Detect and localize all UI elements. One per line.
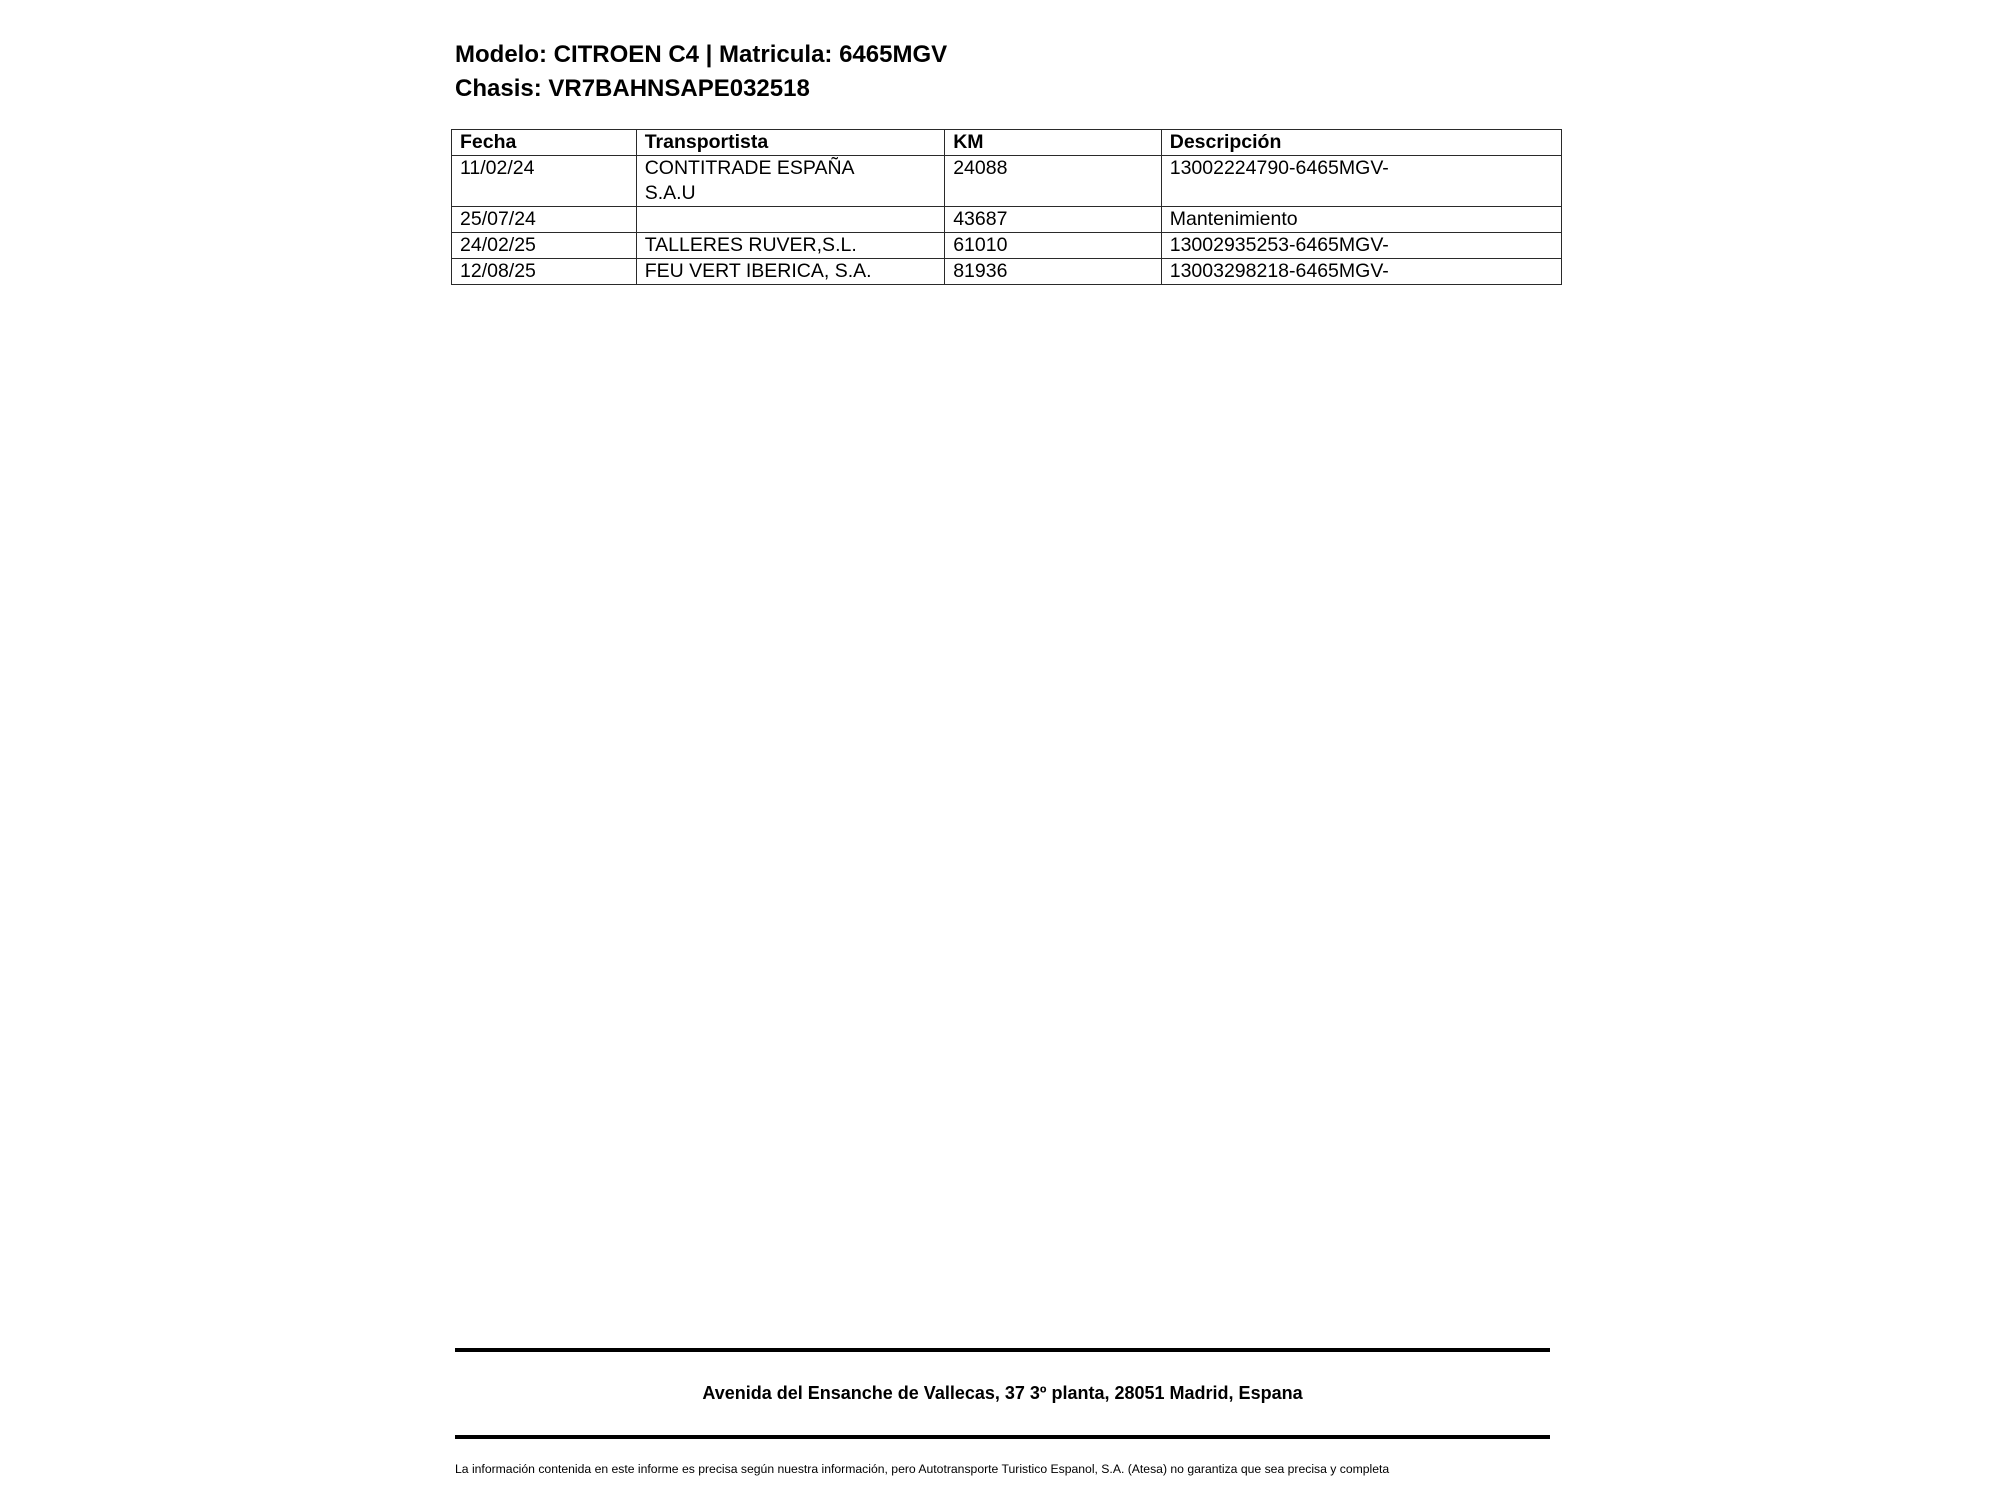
cell-descripcion: Mantenimiento <box>1161 207 1561 233</box>
cell-descripcion: 13002935253-6465MGV- <box>1161 233 1561 259</box>
cell-transportista: FEU VERT IBERICA, S.A. <box>636 259 944 285</box>
cell-fecha: 25/07/24 <box>452 207 637 233</box>
table-row: 12/08/25 FEU VERT IBERICA, S.A. 81936 13… <box>452 259 1562 285</box>
footer-divider-bottom <box>455 1435 1550 1439</box>
table-row: 25/07/24 43687 Mantenimiento <box>452 207 1562 233</box>
cell-descripcion: 13003298218-6465MGV- <box>1161 259 1561 285</box>
column-header-fecha: Fecha <box>452 130 637 156</box>
maintenance-history-table: Fecha Transportista KM Descripción 11/02… <box>451 129 1562 285</box>
cell-km: 43687 <box>945 207 1162 233</box>
model-plate-heading: Modelo: CITROEN C4 | Matricula: 6465MGV <box>455 38 947 72</box>
cell-km: 61010 <box>945 233 1162 259</box>
cell-descripcion: 13002224790-6465MGV- <box>1161 156 1561 207</box>
cell-fecha: 12/08/25 <box>452 259 637 285</box>
column-header-km: KM <box>945 130 1162 156</box>
chassis-heading: Chasis: VR7BAHNSAPE032518 <box>455 72 947 106</box>
cell-transportista: TALLERES RUVER,S.L. <box>636 233 944 259</box>
cell-fecha: 11/02/24 <box>452 156 637 207</box>
table-row: 11/02/24 CONTITRADE ESPAÑA S.A.U 24088 1… <box>452 156 1562 207</box>
cell-km: 81936 <box>945 259 1162 285</box>
cell-transportista <box>636 207 944 233</box>
table-row: 24/02/25 TALLERES RUVER,S.L. 61010 13002… <box>452 233 1562 259</box>
footer-address: Avenida del Ensanche de Vallecas, 37 3º … <box>455 1382 1550 1404</box>
cell-fecha: 24/02/25 <box>452 233 637 259</box>
transportista-text: CONTITRADE ESPAÑA S.A.U <box>645 156 885 206</box>
cell-transportista: CONTITRADE ESPAÑA S.A.U <box>636 156 944 207</box>
document-header: Modelo: CITROEN C4 | Matricula: 6465MGV … <box>455 38 947 106</box>
disclaimer-text: La información contenida en este informe… <box>455 1461 1389 1477</box>
footer-divider-top <box>455 1348 1550 1352</box>
column-header-transportista: Transportista <box>636 130 944 156</box>
column-header-descripcion: Descripción <box>1161 130 1561 156</box>
cell-km: 24088 <box>945 156 1162 207</box>
table-header-row: Fecha Transportista KM Descripción <box>452 130 1562 156</box>
